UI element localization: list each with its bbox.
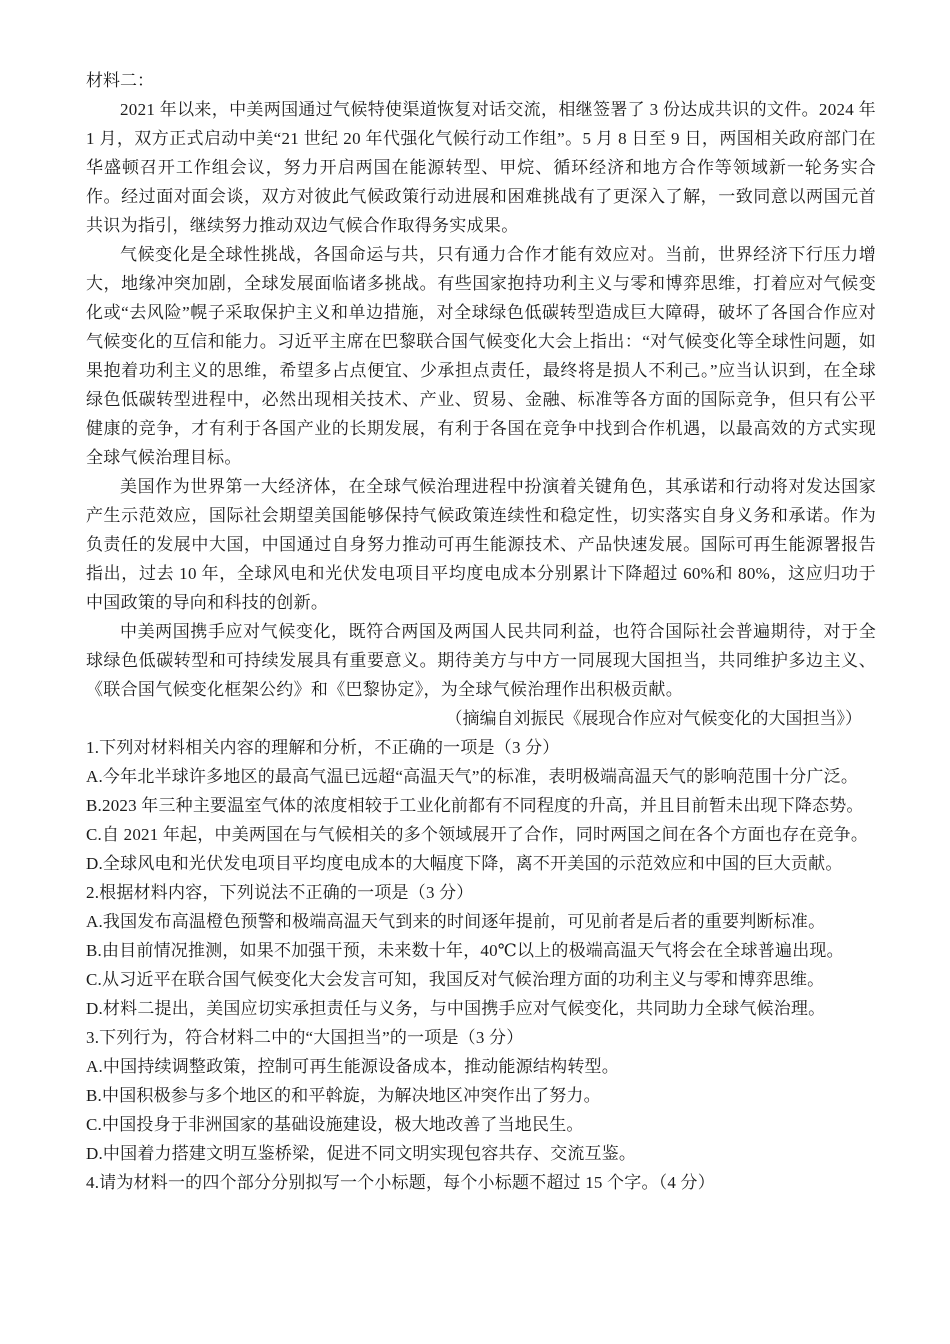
question-3-option-d: D.中国着力搭建文明互鉴桥梁，促进不同文明实现包容共存、交流互鉴。 (86, 1139, 876, 1168)
question-2-option-a: A.我国发布高温橙色预警和极端高温天气到来的时间逐年提前，可见前者是后者的重要判… (86, 907, 876, 936)
question-1-option-d: D.全球风电和光伏发电项目平均度电成本的大幅度下降，离不开美国的示范效应和中国的… (86, 849, 876, 878)
question-2-stem: 2.根据材料内容，下列说法不正确的一项是（3 分） (86, 878, 876, 907)
question-2-option-c: C.从习近平在联合国气候变化大会发言可知，我国反对气候治理方面的功利主义与零和博… (86, 965, 876, 994)
question-1-stem: 1.下列对材料相关内容的理解和分析，不正确的一项是（3 分） (86, 733, 876, 762)
source-attribution: （摘编自刘振民《展现合作应对气候变化的大国担当》） (86, 704, 876, 733)
question-2-option-d: D.材料二提出，美国应切实承担责任与义务，与中国携手应对气候变化，共同助力全球气… (86, 994, 876, 1023)
question-3-option-c: C.中国投身于非洲国家的基础设施建设，极大地改善了当地民生。 (86, 1110, 876, 1139)
question-3-option-a: A.中国持续调整政策，控制可再生能源设备成本，推动能源结构转型。 (86, 1052, 876, 1081)
material-two-paragraph-4: 中美两国携手应对气候变化，既符合两国及两国人民共同利益，也符合国际社会普遍期待，… (86, 617, 876, 704)
material-two-paragraph-2: 气候变化是全球性挑战，各国命运与共，只有通力合作才能有效应对。当前，世界经济下行… (86, 240, 876, 472)
question-4: 4.请为材料一的四个部分分别拟写一个小标题，每个小标题不超过 15 个字。（4 … (86, 1168, 876, 1197)
question-3: 3.下列行为，符合材料二中的“大国担当”的一项是（3 分） A.中国持续调整政策… (86, 1023, 876, 1168)
material-two-label: 材料二： (86, 66, 876, 95)
question-1: 1.下列对材料相关内容的理解和分析，不正确的一项是（3 分） A.今年北半球许多… (86, 733, 876, 878)
question-3-option-b: B.中国积极参与多个地区的和平斡旋，为解决地区冲突作出了努力。 (86, 1081, 876, 1110)
question-1-option-a: A.今年北半球许多地区的最高气温已远超“高温天气”的标准，表明极端高温天气的影响… (86, 762, 876, 791)
question-2: 2.根据材料内容，下列说法不正确的一项是（3 分） A.我国发布高温橙色预警和极… (86, 878, 876, 1023)
question-2-option-b: B.由目前情况推测，如果不加强干预，未来数十年，40℃以上的极端高温天气将会在全… (86, 936, 876, 965)
question-3-stem: 3.下列行为，符合材料二中的“大国担当”的一项是（3 分） (86, 1023, 876, 1052)
exam-paper-page: 材料二： 2021 年以来，中美两国通过气候特使渠道恢复对话交流，相继签署了 3… (0, 0, 950, 1344)
question-1-option-b: B.2023 年三种主要温室气体的浓度相较于工业化前都有不同程度的升高，并且目前… (86, 791, 876, 820)
question-1-option-c: C.自 2021 年起，中美两国在与气候相关的多个领域展开了合作，同时两国之间在… (86, 820, 876, 849)
material-two-paragraph-1: 2021 年以来，中美两国通过气候特使渠道恢复对话交流，相继签署了 3 份达成共… (86, 95, 876, 240)
material-two-paragraph-3: 美国作为世界第一大经济体，在全球气候治理进程中扮演着关键角色，其承诺和行动将对发… (86, 472, 876, 617)
question-4-stem: 4.请为材料一的四个部分分别拟写一个小标题，每个小标题不超过 15 个字。（4 … (86, 1168, 876, 1197)
